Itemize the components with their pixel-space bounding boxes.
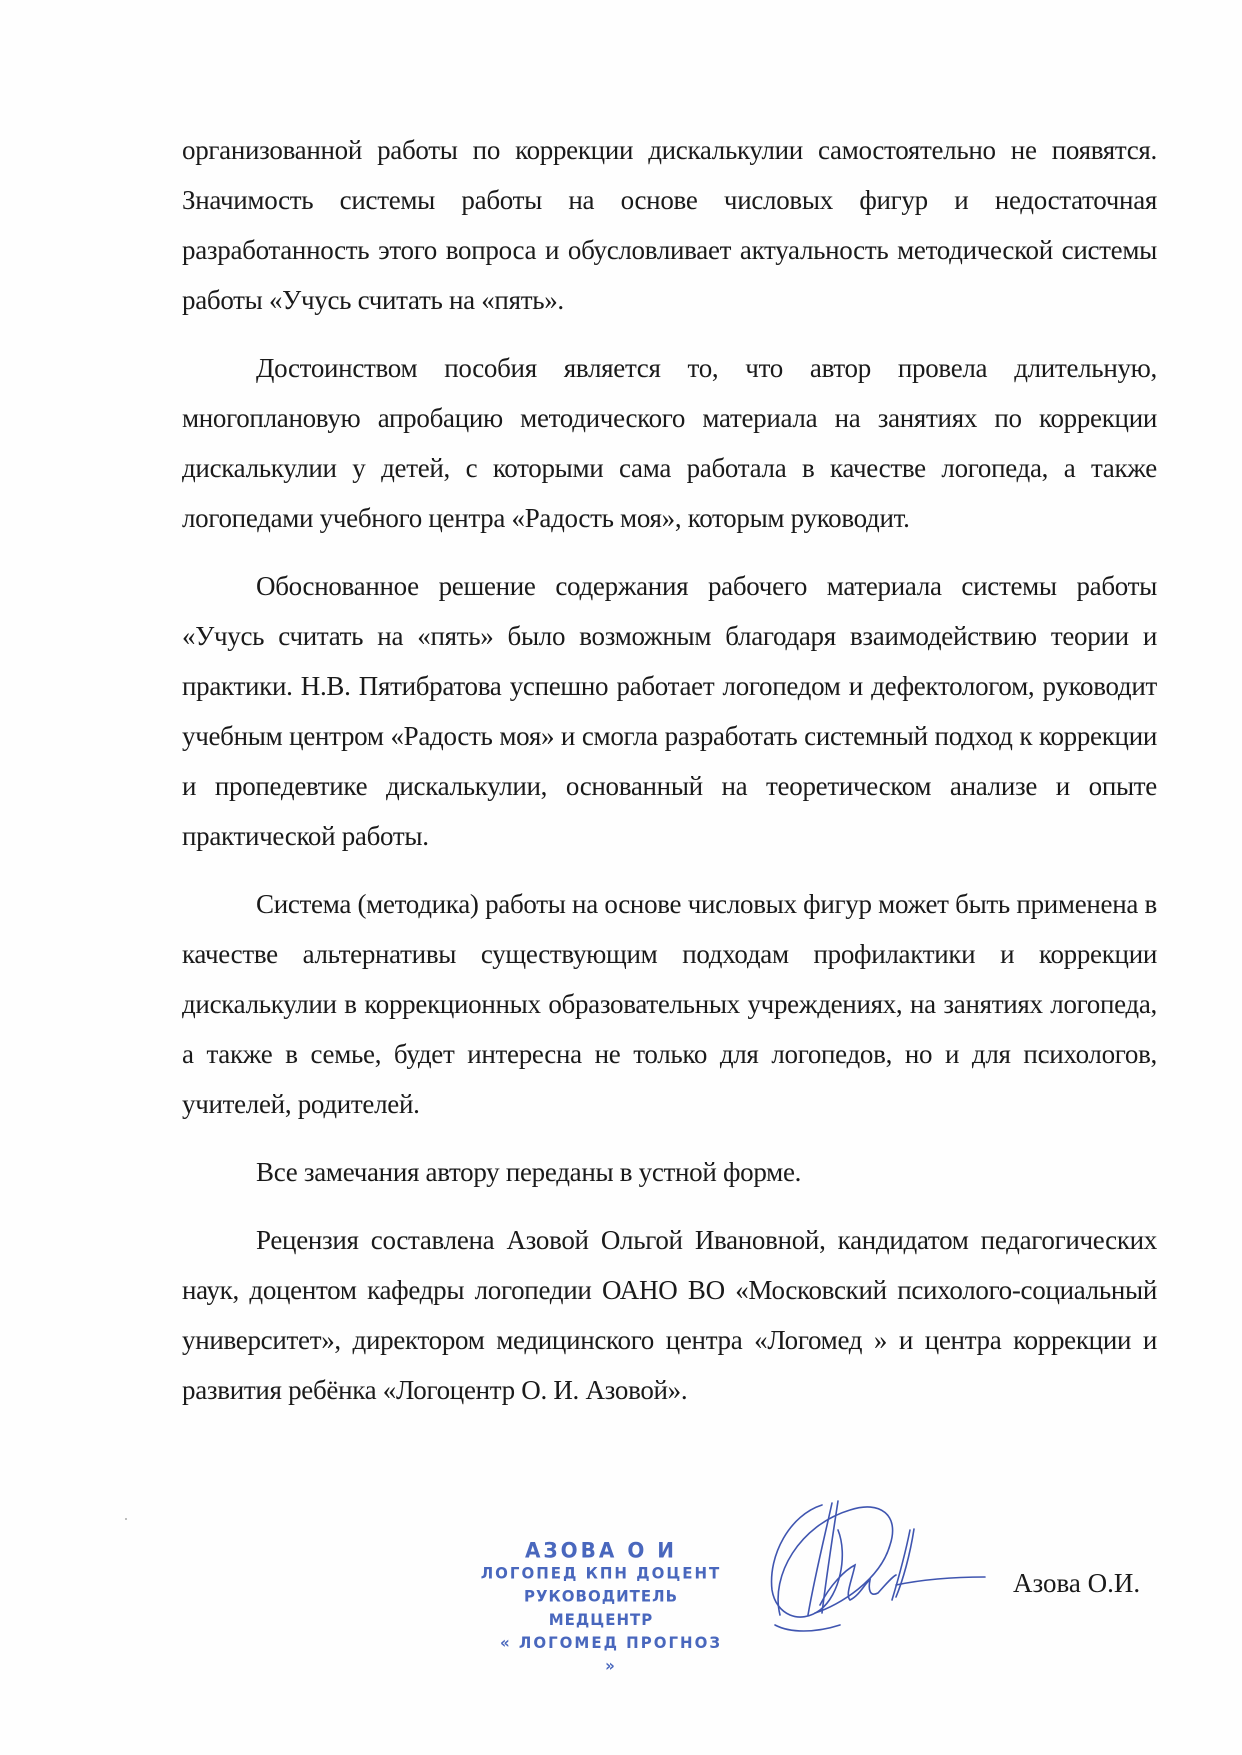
signer-name: Азова О.И. xyxy=(1013,1568,1140,1599)
handwritten-signature-icon xyxy=(760,1485,1000,1635)
paragraph-6: Рецензия составлена Азовой Ольгой Иванов… xyxy=(182,1215,1157,1415)
paragraph-5: Все замечания автору переданы в устной ф… xyxy=(182,1147,1157,1197)
review-body: организованной работы по коррекции диска… xyxy=(182,125,1157,1433)
paragraph-2: Достоинством пособия является то, что ав… xyxy=(182,343,1157,543)
stamp-line-name: АЗОВА О И xyxy=(476,1539,726,1562)
scan-speck xyxy=(125,1518,127,1520)
stamp-line-position: РУКОВОДИТЕЛЬ МЕДЦЕНТР xyxy=(476,1585,726,1631)
document-page: организованной работы по коррекции диска… xyxy=(0,0,1242,1755)
author-stamp: АЗОВА О И ЛОГОПЕД КПН ДОЦЕНТ РУКОВОДИТЕЛ… xyxy=(476,1539,726,1678)
paragraph-1: организованной работы по коррекции диска… xyxy=(182,125,1157,325)
stamp-line-title: ЛОГОПЕД КПН ДОЦЕНТ xyxy=(476,1562,726,1585)
stamp-line-organization: « ЛОГОМЕД ПРОГНОЗ » xyxy=(476,1631,726,1677)
paragraph-3: Обоснованное решение содержания рабочего… xyxy=(182,561,1157,861)
paragraph-4: Система (методика) работы на основе числ… xyxy=(182,879,1157,1129)
